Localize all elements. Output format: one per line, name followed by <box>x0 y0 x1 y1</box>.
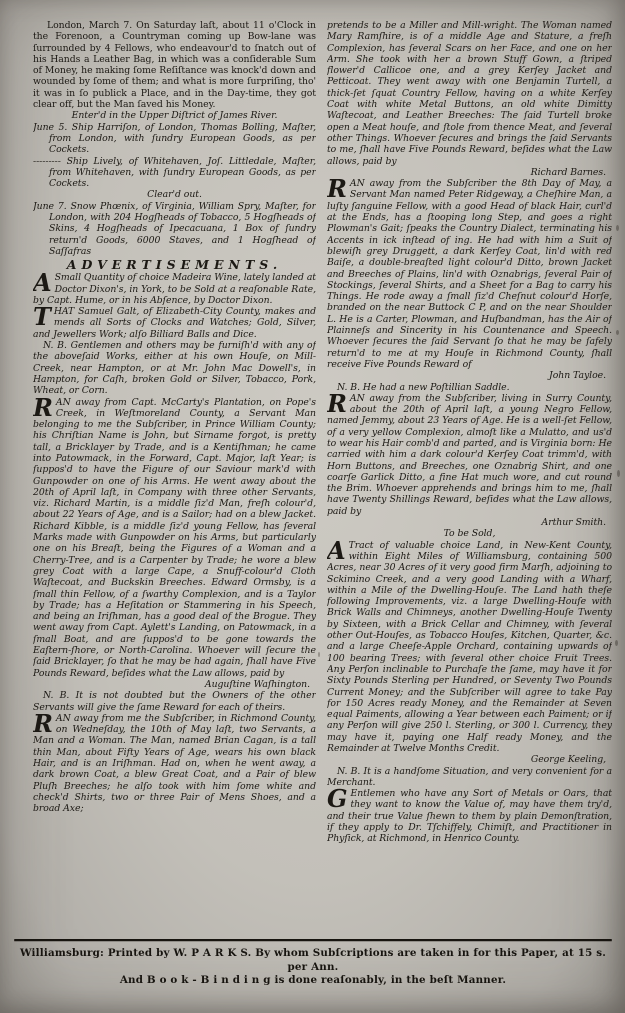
scan-artifact <box>318 652 320 657</box>
notabene: N. B. It is not doubted but the Owners o… <box>33 690 316 713</box>
signature: Auguſtine Waſhington. <box>33 679 316 690</box>
drop-cap: R <box>33 713 56 733</box>
section-heading: To be Sold, <box>327 528 612 539</box>
left-column: London, March 7. On Saturday laſt, about… <box>33 20 316 938</box>
shipping-entry: June 7. Snow Phœnix, of Virginia, Willia… <box>33 201 316 257</box>
drop-cap: A <box>33 272 55 292</box>
advertisement: RAN away from Capt. McCarty's Plantation… <box>33 397 316 679</box>
advertisement: THAT Samuel Galt, of Elizabeth-City Coun… <box>33 306 316 340</box>
notabene: N. B. It is a handſome Situation, and ve… <box>327 766 612 789</box>
section-heading: Clear'd out. <box>33 189 316 200</box>
scan-artifact <box>617 470 620 477</box>
notabene: N. B. He had a new Poſtillian Saddle. <box>327 382 612 393</box>
notabene: N. B. Gentlemen and others may be furniſ… <box>33 340 316 396</box>
advertisement: GEntlemen who have any Sort of Metals or… <box>327 788 612 844</box>
dateline-paragraph: London, March 7. On Saturday laſt, about… <box>33 20 316 110</box>
section-heading: Enter'd in the Upper Diſtrict of James R… <box>33 110 316 121</box>
signature: Richard Barnes. <box>327 167 612 178</box>
drop-cap: T <box>33 306 54 326</box>
scan-artifact <box>615 640 618 646</box>
scan-artifact <box>616 225 619 231</box>
advertisement: RAN away from me the Subſcriber, in Rich… <box>33 713 316 815</box>
scan-artifact <box>616 330 619 335</box>
advertisement: RAN away from the Subſcriber, living in … <box>327 393 612 517</box>
drop-cap: G <box>327 788 350 808</box>
advertisement: A Small Quantity of choice Madeira Wine,… <box>33 272 316 306</box>
shipping-entry: June 5. Ship Harriſon, of London, Thomas… <box>33 122 316 156</box>
newspaper-scan: { "imprint": { "line1": "Williamsburg: P… <box>0 0 625 1013</box>
signature: John Tayloe. <box>327 370 612 381</box>
imprint-line-1: Williamsburg: Printed by W. P A R K S. B… <box>14 947 612 974</box>
imprint: Williamsburg: Printed by W. P A R K S. B… <box>14 947 612 988</box>
imprint-line-2: And B o o k - B i n d i n g is done reaſ… <box>14 974 612 988</box>
advertisements-heading: ADVERTISEMENTS. <box>33 257 316 272</box>
signature: George Keeling, <box>327 754 612 765</box>
shipping-entry: --------- Ship Lively, of Whitehaven, Jo… <box>33 156 316 190</box>
advertisement-continuation: pretends to be a Miller and Mill-wright.… <box>327 20 612 167</box>
drop-cap: R <box>33 397 56 417</box>
signature: Arthur Smith. <box>327 517 612 528</box>
footer-rule <box>14 939 612 941</box>
drop-cap: R <box>327 393 350 413</box>
advertisement: A Tract of valuable choice Land, in New-… <box>327 540 612 755</box>
drop-cap: A <box>327 540 349 560</box>
right-column: pretends to be a Miller and Mill-wright.… <box>327 20 612 938</box>
advertisement: RAN away from the Subſcriber the 8th Day… <box>327 178 612 370</box>
drop-cap: R <box>327 178 350 198</box>
